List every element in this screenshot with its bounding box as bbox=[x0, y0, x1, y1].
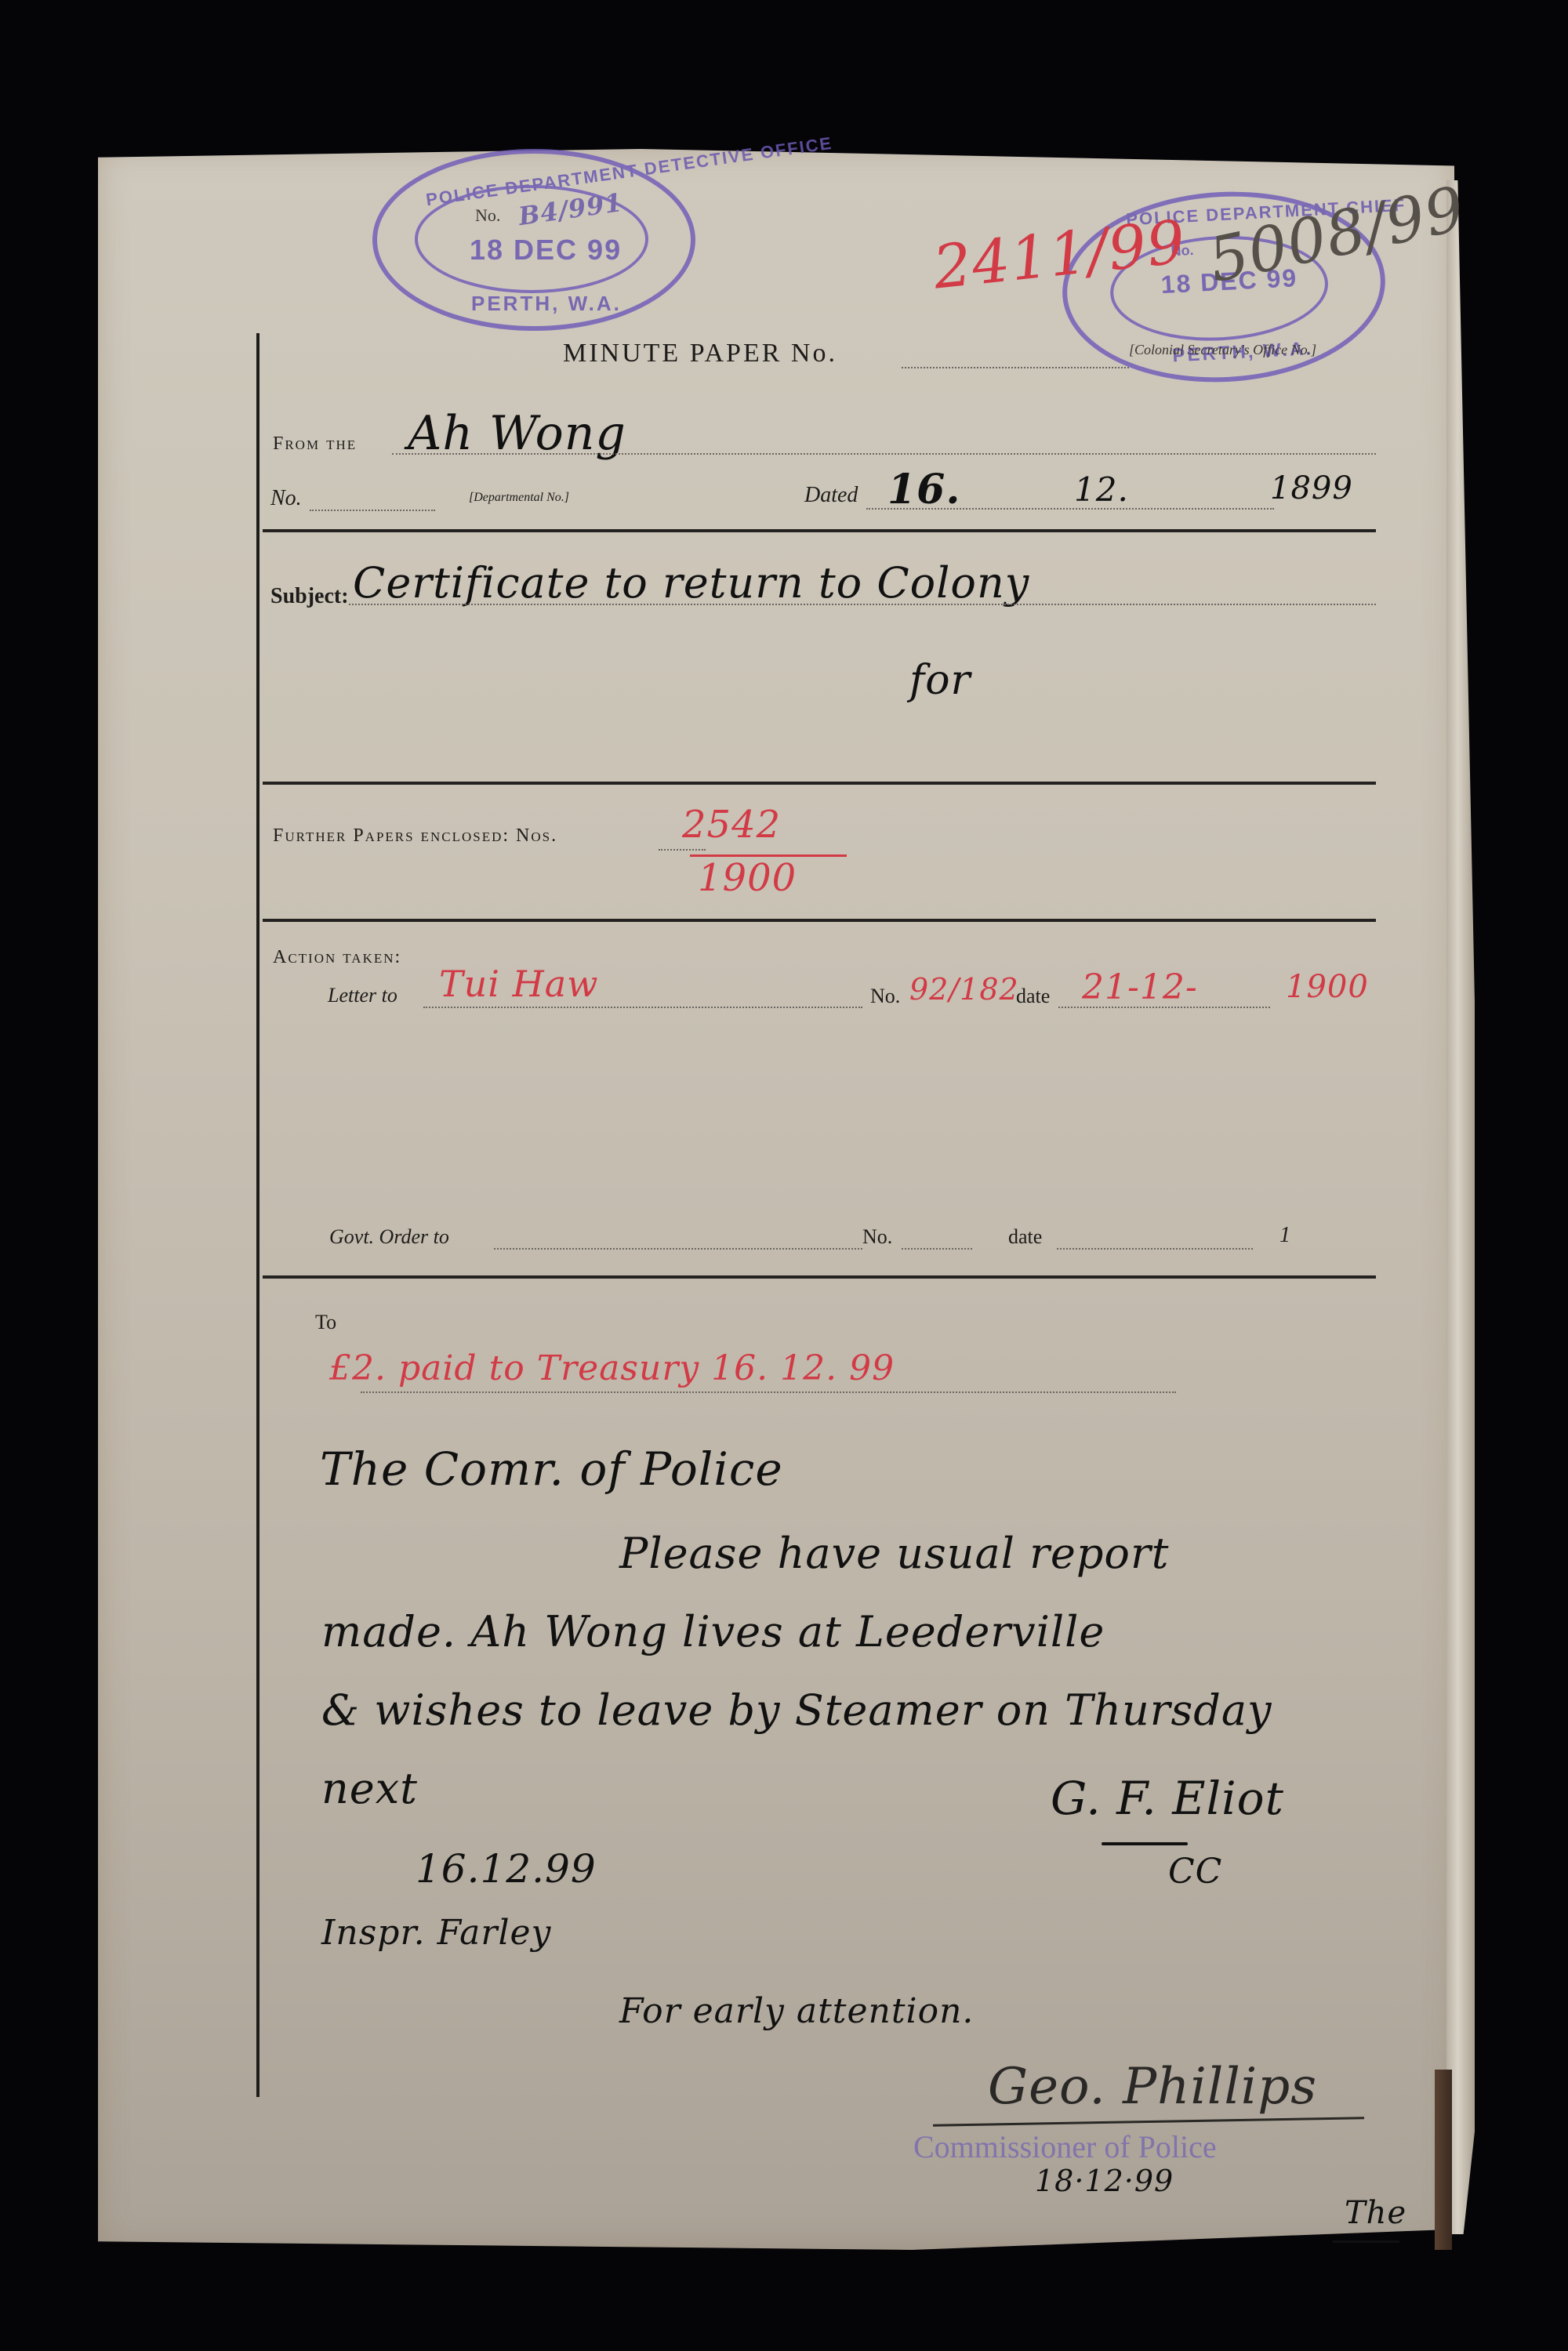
govt-order-dotted-leader bbox=[494, 1248, 862, 1250]
minute-date-2: 18·12·99 bbox=[1035, 2164, 1174, 2198]
stamp-date: 18 DEC 99 bbox=[470, 234, 622, 267]
body-line-4: next bbox=[321, 1764, 418, 1813]
payment-note: £2. paid to Treasury 16. 12. 99 bbox=[329, 1348, 895, 1388]
further-papers-label: Further Papers enclosed: Nos. bbox=[273, 825, 557, 847]
left-margin-rule bbox=[256, 333, 260, 2097]
further-papers-numerator: 2542 bbox=[682, 803, 781, 847]
dated-label: Dated bbox=[804, 483, 858, 508]
from-dotted-leader bbox=[392, 453, 1376, 455]
minute-date-1: 16.12.99 bbox=[416, 1846, 597, 1892]
govt-no-label: No. bbox=[862, 1225, 892, 1249]
no-dotted-leader bbox=[310, 510, 435, 511]
title-dotted-leader bbox=[902, 367, 1129, 368]
dated-day: 16. bbox=[887, 466, 960, 513]
govt-year-suffix: 1 bbox=[1279, 1223, 1290, 1248]
colonial-secretary-label: [Colonial Secretary's Office No.] bbox=[1129, 342, 1316, 358]
section-divider bbox=[263, 782, 1376, 785]
letter-to-value: Tui Haw bbox=[439, 963, 599, 1005]
section-divider bbox=[263, 1275, 1376, 1279]
signature-eliot: G. F. Eliot bbox=[1051, 1772, 1284, 1825]
dated-dotted-leader bbox=[866, 508, 1274, 510]
signature-underline bbox=[1102, 1842, 1188, 1845]
letter-date-label: date bbox=[1016, 985, 1050, 1008]
subject-dotted-leader bbox=[349, 604, 1376, 605]
govt-order-label: Govt. Order to bbox=[329, 1225, 449, 1249]
salutation: The Comr. of Police bbox=[320, 1442, 783, 1496]
letter-to-label: Letter to bbox=[328, 984, 397, 1007]
stamp-number-label: No. bbox=[475, 205, 500, 226]
from-label: From the bbox=[273, 434, 357, 455]
letter-no-value: 92/182 bbox=[909, 972, 1019, 1007]
body-line-2: made. Ah Wong lives at Leederville bbox=[321, 1607, 1105, 1656]
govt-date-label: date bbox=[1008, 1225, 1042, 1249]
further-papers-dotted-leader bbox=[659, 849, 706, 851]
action-taken-label: Action taken: bbox=[273, 947, 401, 968]
signature-phillips: Geo. Phillips bbox=[988, 2058, 1317, 2116]
departmental-no-label: [Departmental No.] bbox=[469, 491, 569, 505]
signature-eliot-title: CC bbox=[1168, 1852, 1222, 1892]
page-title: MINUTE PAPER No. bbox=[563, 339, 837, 368]
to-label: To bbox=[315, 1311, 336, 1334]
addressee-inspector: Inspr. Farley bbox=[321, 1913, 551, 1953]
letter-year-value: 1900 bbox=[1286, 969, 1369, 1005]
letter-date-value: 21-12- bbox=[1082, 967, 1198, 1007]
letter-date-dotted-leader bbox=[1058, 1007, 1270, 1008]
letter-no-label: No. bbox=[870, 985, 900, 1008]
section-divider bbox=[263, 529, 1376, 532]
further-papers-denominator: 1900 bbox=[698, 856, 797, 900]
underlying-pages-edge bbox=[1446, 180, 1475, 2234]
body-line-1: Please have usual report bbox=[619, 1529, 1169, 1578]
corner-initials: The bbox=[1345, 2195, 1406, 2231]
page-edge-shadow bbox=[1435, 2070, 1452, 2250]
minute-paper-sheet bbox=[98, 149, 1454, 2250]
dated-month: 12. bbox=[1074, 470, 1129, 509]
stamp-bottom-text: PERTH, W.A. bbox=[471, 292, 622, 316]
subject-line-2: for bbox=[909, 657, 971, 704]
section-divider bbox=[263, 919, 1376, 922]
body-line-3: & wishes to leave by Steamer on Thursday bbox=[321, 1685, 1272, 1735]
govt-date-dotted-leader bbox=[1057, 1248, 1253, 1250]
letter-to-dotted-leader bbox=[423, 1007, 862, 1008]
subject-label: Subject: bbox=[270, 584, 349, 609]
no-label: No. bbox=[270, 486, 302, 511]
corner-initials-underline bbox=[1333, 2240, 1399, 2243]
dated-year: 1899 bbox=[1270, 470, 1353, 506]
detective-office-stamp: POLICE DEPARTMENT DETECTIVE OFFICE No. B… bbox=[372, 149, 695, 331]
govt-no-dotted-leader bbox=[902, 1248, 972, 1250]
commissioner-stamp: Commissioner of Police bbox=[913, 2128, 1217, 2165]
note-early-attention: For early attention. bbox=[619, 1991, 974, 2031]
to-dotted-leader bbox=[361, 1391, 1176, 1393]
subject-line-1: Certificate to return to Colony bbox=[353, 558, 1029, 608]
